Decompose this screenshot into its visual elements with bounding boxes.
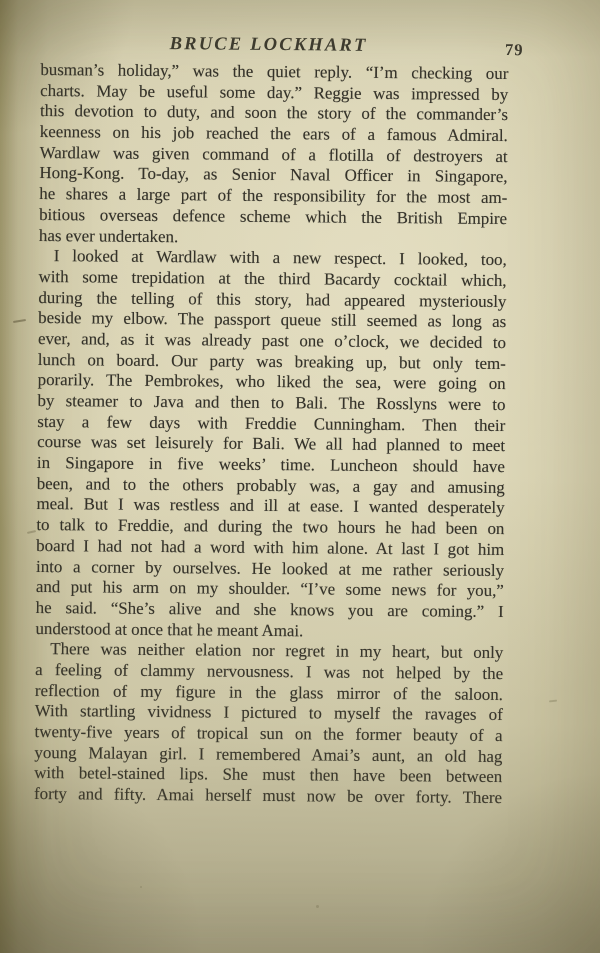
pencil-mark-left-lower bbox=[27, 530, 36, 534]
paper-speck bbox=[140, 886, 142, 888]
page-header: BRUCE LOCKHART 79 bbox=[40, 33, 508, 61]
page-number: 79 bbox=[505, 40, 524, 60]
paragraph: There was neither elation nor regret in … bbox=[34, 639, 503, 809]
book-page: BRUCE LOCKHART 79 busman’s holiday,” was… bbox=[0, 0, 600, 953]
text-line: forty and fifty. Amai herself must now b… bbox=[34, 784, 502, 809]
running-title: BRUCE LOCKHART bbox=[35, 33, 503, 58]
paragraph: busman’s holiday,” was the quiet reply. … bbox=[39, 60, 509, 250]
page-content: BRUCE LOCKHART 79 busman’s holiday,” was… bbox=[34, 33, 509, 809]
pencil-mark-left-upper bbox=[13, 319, 26, 323]
pencil-mark-right bbox=[549, 700, 557, 703]
paper-speck bbox=[316, 905, 319, 908]
paragraph: I looked at Wardlaw with a new respect. … bbox=[35, 246, 506, 643]
page-text: busman’s holiday,” was the quiet reply. … bbox=[34, 60, 508, 809]
